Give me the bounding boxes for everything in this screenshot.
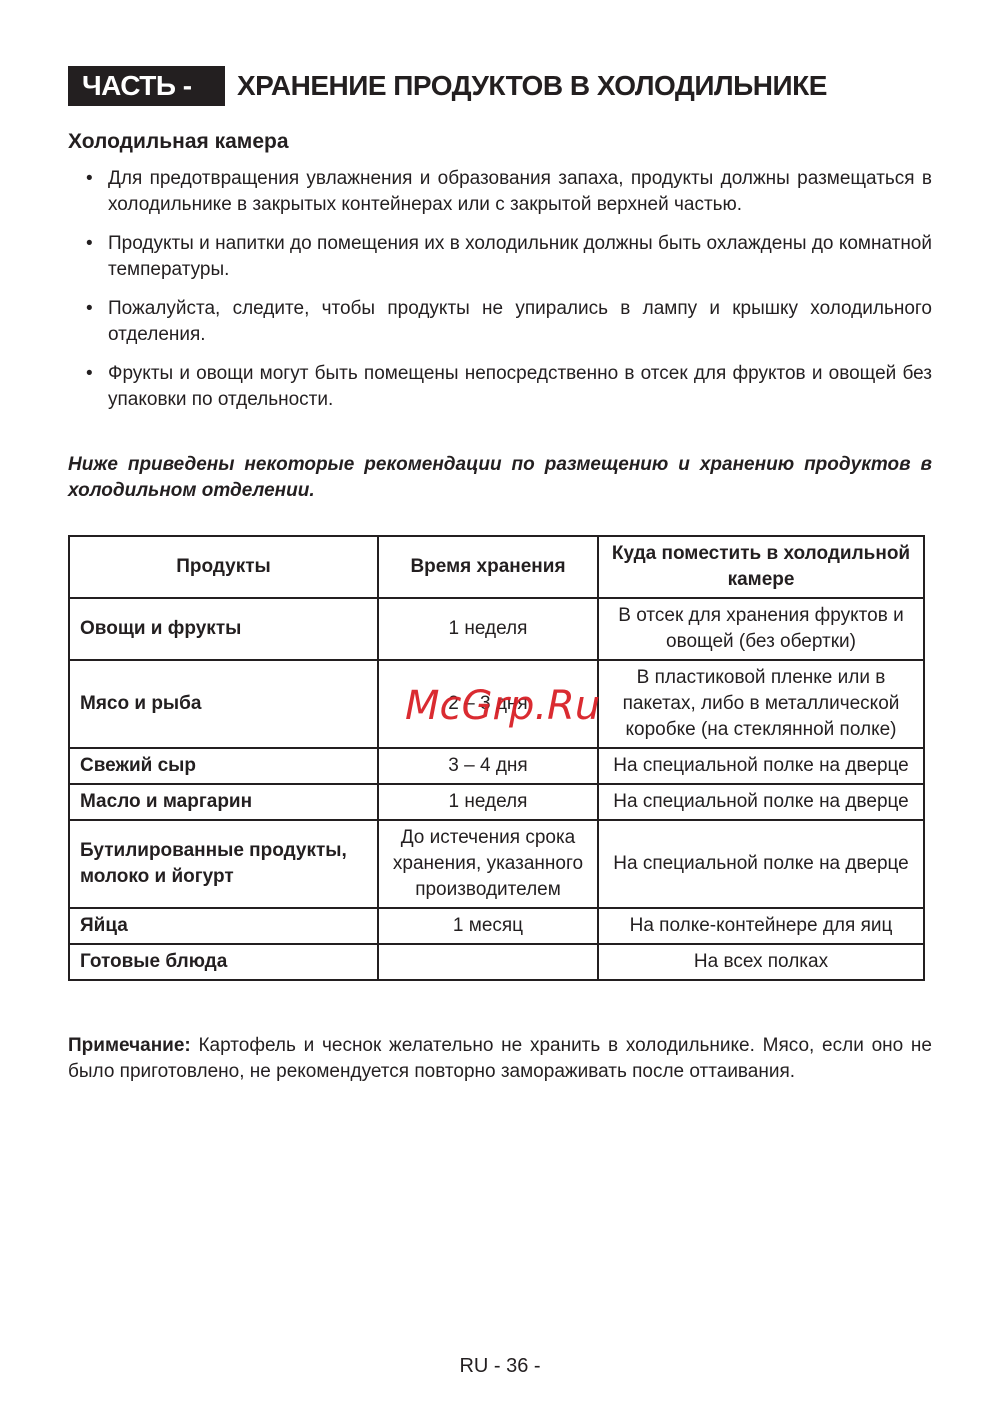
header-placement: Куда поместить в холодильной камере [598,536,924,598]
bullet-item: •Фрукты и овощи могут быть помещены непо… [68,361,932,413]
cell-product: Свежий сыр [69,748,378,784]
cell-time: 1 неделя [378,598,598,660]
watermark: McGrp.Ru [405,683,600,729]
bullet-item: •Для предотвращения увлажнения и образов… [68,166,932,218]
cell-place: На полке-контейнере для яиц [598,908,924,944]
page-number: RU - 36 - [0,1355,1000,1378]
bullet-text: Пожалуйста, следите, чтобы продукты не у… [108,298,932,345]
cell-time: До истечения срока хранения, указанного … [378,820,598,908]
cell-product: Масло и маргарин [69,784,378,820]
cell-place: На всех полках [598,944,924,980]
section-heading: Холодильная камера [68,130,289,154]
cell-time: 1 неделя [378,784,598,820]
bullet-icon: • [86,361,93,387]
bullet-text: Для предотвращения увлажнения и образова… [108,168,932,215]
page-title: ХРАНЕНИЕ ПРОДУКТОВ В ХОЛОДИЛЬНИКЕ [237,70,827,102]
note: Примечание: Картофель и чеснок желательн… [68,1033,932,1085]
bullet-item: •Пожалуйста, следите, чтобы продукты не … [68,296,932,348]
cell-product: Готовые блюда [69,944,378,980]
cell-product: Овощи и фрукты [69,598,378,660]
cell-time: 3 – 4 дня [378,748,598,784]
cell-product: Яйца [69,908,378,944]
cell-place: На специальной полке на дверце [598,748,924,784]
header-products: Продукты [69,536,378,598]
bullet-list: •Для предотвращения увлажнения и образов… [68,166,932,426]
page-header: ЧАСТЬ - 3. ХРАНЕНИЕ ПРОДУКТОВ В ХОЛОДИЛЬ… [68,66,827,106]
cell-place: На специальной полке на дверце [598,784,924,820]
bullet-item: •Продукты и напитки до помещения их в хо… [68,231,932,283]
bullet-text: Фрукты и овощи могут быть помещены непос… [108,363,932,410]
table-row: Свежий сыр 3 – 4 дня На специальной полк… [69,748,924,784]
table-row: Масло и маргарин 1 неделя На специальной… [69,784,924,820]
bullet-icon: • [86,231,93,257]
table-row: Овощи и фрукты 1 неделя В отсек для хран… [69,598,924,660]
storage-table: Продукты Время хранения Куда поместить в… [68,535,925,981]
table-row: Готовые блюда На всех полках [69,944,924,980]
cell-time: 1 месяц [378,908,598,944]
table-header-row: Продукты Время хранения Куда поместить в… [69,536,924,598]
note-text: Картофель и чеснок желательно не хранить… [68,1035,932,1082]
table-row: Бутилированные продукты, молоко и йогурт… [69,820,924,908]
bullet-icon: • [86,296,93,322]
note-label: Примечание: [68,1035,191,1056]
cell-place: В отсек для хранения фруктов и овощей (б… [598,598,924,660]
bullet-icon: • [86,166,93,192]
table-intro: Ниже приведены некоторые рекомендации по… [68,452,932,504]
cell-product: Бутилированные продукты, молоко и йогурт [69,820,378,908]
bullet-text: Продукты и напитки до помещения их в хол… [108,233,932,280]
table-row: Яйца 1 месяц На полке-контейнере для яиц [69,908,924,944]
cell-time [378,944,598,980]
cell-place: В пластиковой пленке или в пакетах, либо… [598,660,924,748]
part-badge: ЧАСТЬ - 3. [68,66,225,106]
cell-place: На специальной полке на дверце [598,820,924,908]
cell-product: Мясо и рыба [69,660,378,748]
header-storage-time: Время хранения [378,536,598,598]
